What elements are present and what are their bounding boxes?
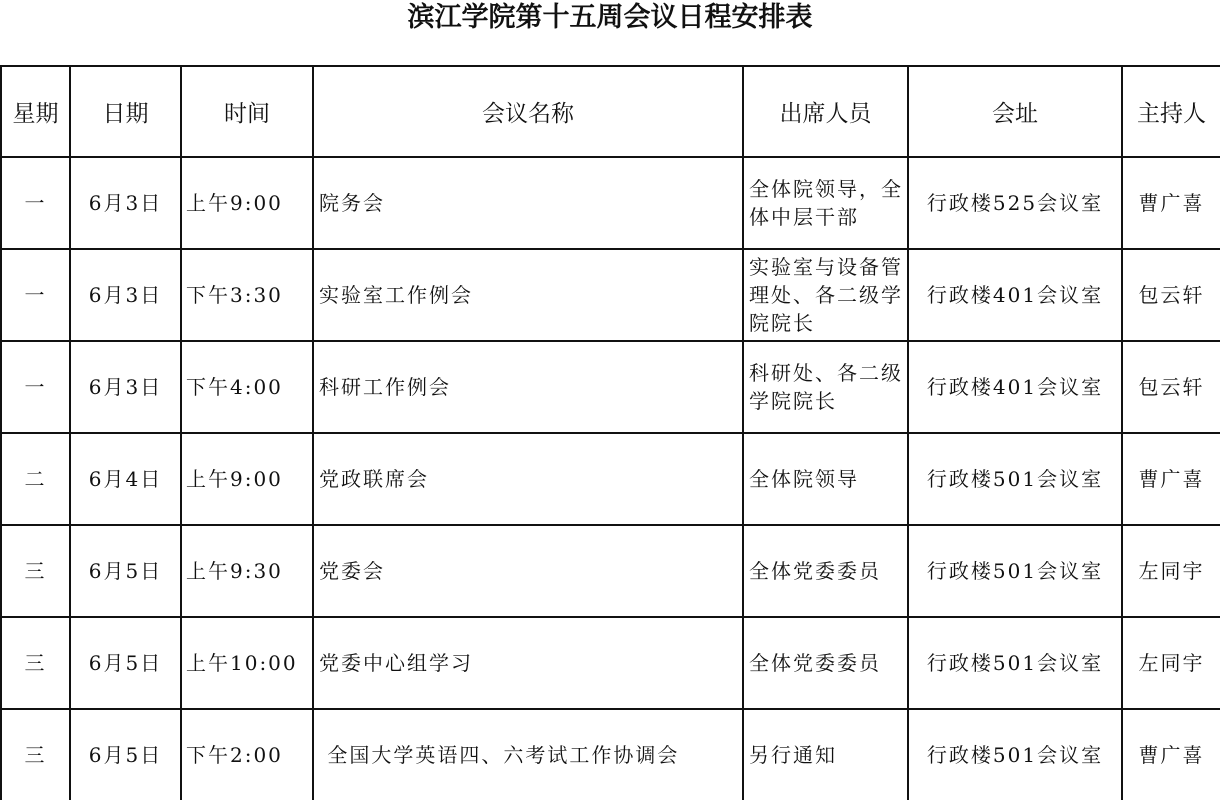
time-cell: 上午9:00	[181, 157, 313, 249]
attendees-cell: 全体院领导	[743, 433, 908, 525]
table-row: 二 6月4日 上午9:00 党政联席会 全体院领导 行政楼501会议室 曹广喜	[1, 433, 1220, 525]
date-cell: 6月3日	[70, 157, 181, 249]
col-header-host: 主持人	[1122, 66, 1220, 157]
time-cell: 下午2:00	[181, 709, 313, 800]
col-header-attendees: 出席人员	[743, 66, 908, 157]
location-cell: 行政楼401会议室	[908, 341, 1122, 433]
table-row: 一 6月3日 下午4:00 科研工作例会 科研处、各二级学院院长 行政楼401会…	[1, 341, 1220, 433]
weekday-cell: 二	[1, 433, 70, 525]
date-cell: 6月3日	[70, 249, 181, 341]
host-cell: 左同宇	[1122, 525, 1220, 617]
weekday-cell: 三	[1, 709, 70, 800]
host-cell: 包云轩	[1122, 249, 1220, 341]
col-header-time: 时间	[181, 66, 313, 157]
table-row: 三 6月5日 下午2:00 全国大学英语四、六考试工作协调会 另行通知 行政楼5…	[1, 709, 1220, 800]
col-header-weekday: 星期	[1, 66, 70, 157]
location-cell: 行政楼501会议室	[908, 709, 1122, 800]
attendees-cell: 全体党委委员	[743, 617, 908, 709]
col-header-date: 日期	[70, 66, 181, 157]
location-cell: 行政楼501会议室	[908, 525, 1122, 617]
meeting-cell: 实验室工作例会	[313, 249, 743, 341]
location-cell: 行政楼525会议室	[908, 157, 1122, 249]
host-cell: 包云轩	[1122, 341, 1220, 433]
time-cell: 下午4:00	[181, 341, 313, 433]
location-cell: 行政楼501会议室	[908, 433, 1122, 525]
weekday-cell: 三	[1, 525, 70, 617]
attendees-cell: 实验室与设备管理处、各二级学院院长	[743, 249, 908, 341]
table-row: 三 6月5日 上午10:00 党委中心组学习 全体党委委员 行政楼501会议室 …	[1, 617, 1220, 709]
col-header-location: 会址	[908, 66, 1122, 157]
table-row: 一 6月3日 下午3:30 实验室工作例会 实验室与设备管理处、各二级学院院长 …	[1, 249, 1220, 341]
time-cell: 下午3:30	[181, 249, 313, 341]
time-cell: 上午9:30	[181, 525, 313, 617]
meeting-cell: 党委会	[313, 525, 743, 617]
attendees-cell: 另行通知	[743, 709, 908, 800]
date-cell: 6月4日	[70, 433, 181, 525]
time-cell: 上午9:00	[181, 433, 313, 525]
date-cell: 6月5日	[70, 617, 181, 709]
date-cell: 6月5日	[70, 525, 181, 617]
document-title: 滨江学院第十五周会议日程安排表	[0, 0, 1220, 40]
meeting-cell: 党政联席会	[313, 433, 743, 525]
attendees-cell: 科研处、各二级学院院长	[743, 341, 908, 433]
meeting-cell: 党委中心组学习	[313, 617, 743, 709]
host-cell: 左同宇	[1122, 617, 1220, 709]
header-row: 星期 日期 时间 会议名称 出席人员 会址 主持人	[1, 66, 1220, 157]
meeting-cell: 全国大学英语四、六考试工作协调会	[313, 709, 743, 800]
weekday-cell: 三	[1, 617, 70, 709]
location-cell: 行政楼501会议室	[908, 617, 1122, 709]
date-cell: 6月5日	[70, 709, 181, 800]
attendees-cell: 全体院领导，全体中层干部	[743, 157, 908, 249]
time-cell: 上午10:00	[181, 617, 313, 709]
meeting-cell: 院务会	[313, 157, 743, 249]
weekday-cell: 一	[1, 249, 70, 341]
host-cell: 曹广喜	[1122, 157, 1220, 249]
schedule-table: 星期 日期 时间 会议名称 出席人员 会址 主持人 一 6月3日 上午9:00 …	[0, 65, 1220, 800]
col-header-meeting: 会议名称	[313, 66, 743, 157]
host-cell: 曹广喜	[1122, 709, 1220, 800]
table-row: 三 6月5日 上午9:30 党委会 全体党委委员 行政楼501会议室 左同宇	[1, 525, 1220, 617]
meeting-cell: 科研工作例会	[313, 341, 743, 433]
attendees-cell: 全体党委委员	[743, 525, 908, 617]
table-row: 一 6月3日 上午9:00 院务会 全体院领导，全体中层干部 行政楼525会议室…	[1, 157, 1220, 249]
weekday-cell: 一	[1, 157, 70, 249]
host-cell: 曹广喜	[1122, 433, 1220, 525]
date-cell: 6月3日	[70, 341, 181, 433]
location-cell: 行政楼401会议室	[908, 249, 1122, 341]
weekday-cell: 一	[1, 341, 70, 433]
